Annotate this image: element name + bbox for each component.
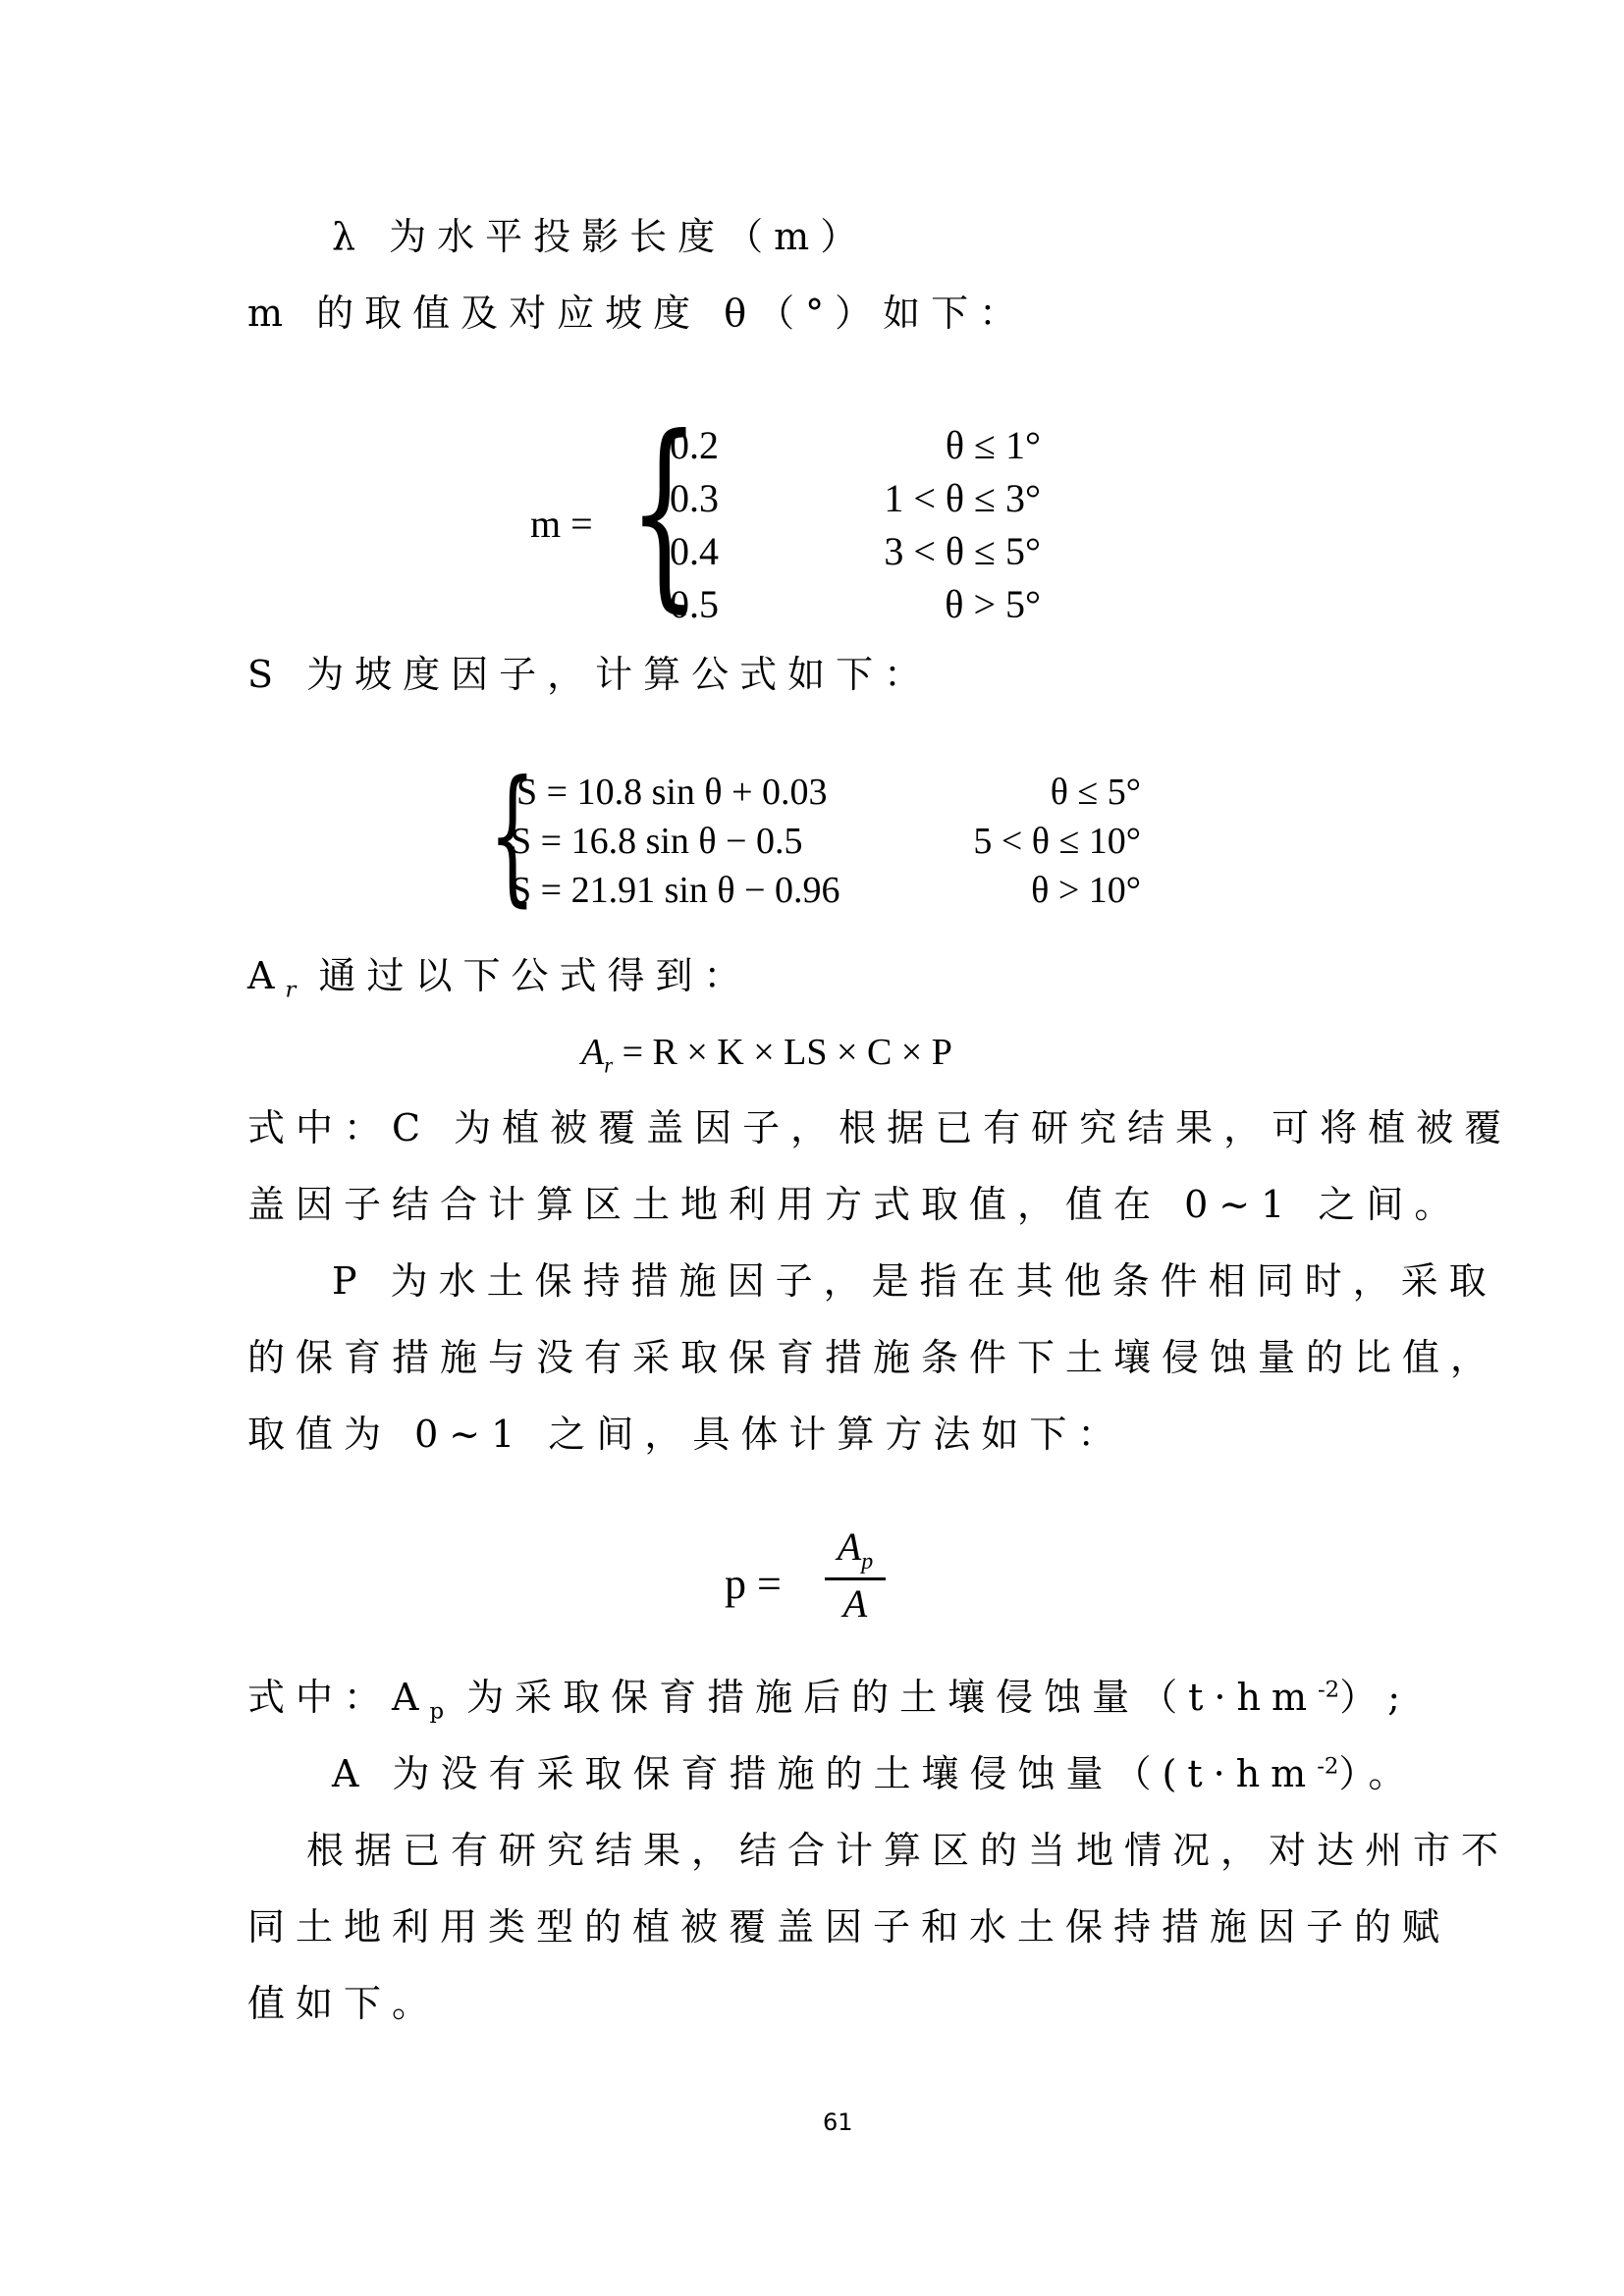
p-definition-line-1: P 为水土保持措施因子，是指在其他条件相同时，采取 — [332, 1262, 1497, 1300]
formula-p-numerator: Ap — [825, 1523, 886, 1575]
m-intro: m 的取值及对应坡度 θ（°）如下： — [247, 294, 1027, 332]
ar-intro: Ar 通过以下公式得到： — [247, 957, 751, 1001]
formula-s-cond-2: θ > 10° — [1031, 869, 1141, 912]
formula-m-cond-0: θ ≤ 1° — [946, 422, 1041, 468]
formula-m-case-3: 0.5 — [670, 581, 719, 627]
formula-ar: Ar = R × K × LS × C × P — [581, 1031, 952, 1079]
formula-s-case-1: S = 16.8 sin θ − 0.5 — [511, 820, 803, 863]
formula-m-case-1: 0.3 — [670, 475, 719, 521]
formula-m-case-0: 0.2 — [670, 422, 719, 468]
formula-m-cond-2: 3 < θ ≤ 5° — [884, 528, 1041, 574]
formula-m-cond-3: θ > 5° — [945, 581, 1041, 627]
formula-s-case-2: S = 21.91 sin θ − 0.96 — [511, 869, 840, 912]
formula-p-denominator: A — [825, 1580, 886, 1627]
p-definition-line-2: 的保育措施与没有采取保育措施条件下土壤侵蚀量的比值， — [247, 1339, 1498, 1376]
ap-definition: 式中：Ap 为采取保育措施后的土壤侵蚀量（t·hm-2）; — [247, 1679, 1411, 1723]
c-definition-line-1: 式中：C 为植被覆盖因子，根据已有研究结果，可将植被覆 — [247, 1109, 1512, 1147]
p-definition-line-3: 取值为 0~1 之间，具体计算方法如下： — [247, 1415, 1125, 1453]
formula-p-lhs: p = — [725, 1559, 782, 1609]
formula-m-cond-1: 1 < θ ≤ 3° — [884, 475, 1041, 521]
formula-p-fraction: Ap A — [825, 1523, 886, 1627]
a-definition: A 为没有采取保育措施的土壤侵蚀量（(t·hm-2）。 — [332, 1755, 1416, 1792]
final-paragraph-line-3: 值如下。 — [247, 1985, 440, 2022]
final-paragraph-line-1: 根据已有研究结果，结合计算区的当地情况，对达州市不 — [306, 1832, 1509, 1869]
formula-m-lhs: m = — [530, 501, 593, 547]
lambda-definition: λ 为水平投影长度（m） — [332, 218, 868, 255]
formula-s-case-0: S = 10.8 sin θ + 0.03 — [516, 771, 828, 814]
formula-m-case-2: 0.4 — [670, 528, 719, 574]
c-definition-line-2: 盖因子结合计算区土地利用方式取值，值在 0~1 之间。 — [247, 1186, 1462, 1223]
page-number: 61 — [823, 2109, 853, 2136]
final-paragraph-line-2: 同土地利用类型的植被覆盖因子和水土保持措施因子的赋 — [247, 1908, 1450, 1946]
formula-s-cond-1: 5 < θ ≤ 10° — [973, 820, 1141, 863]
s-intro: S 为坡度因子，计算公式如下： — [247, 656, 932, 693]
formula-s-cond-0: θ ≤ 5° — [1051, 771, 1141, 814]
